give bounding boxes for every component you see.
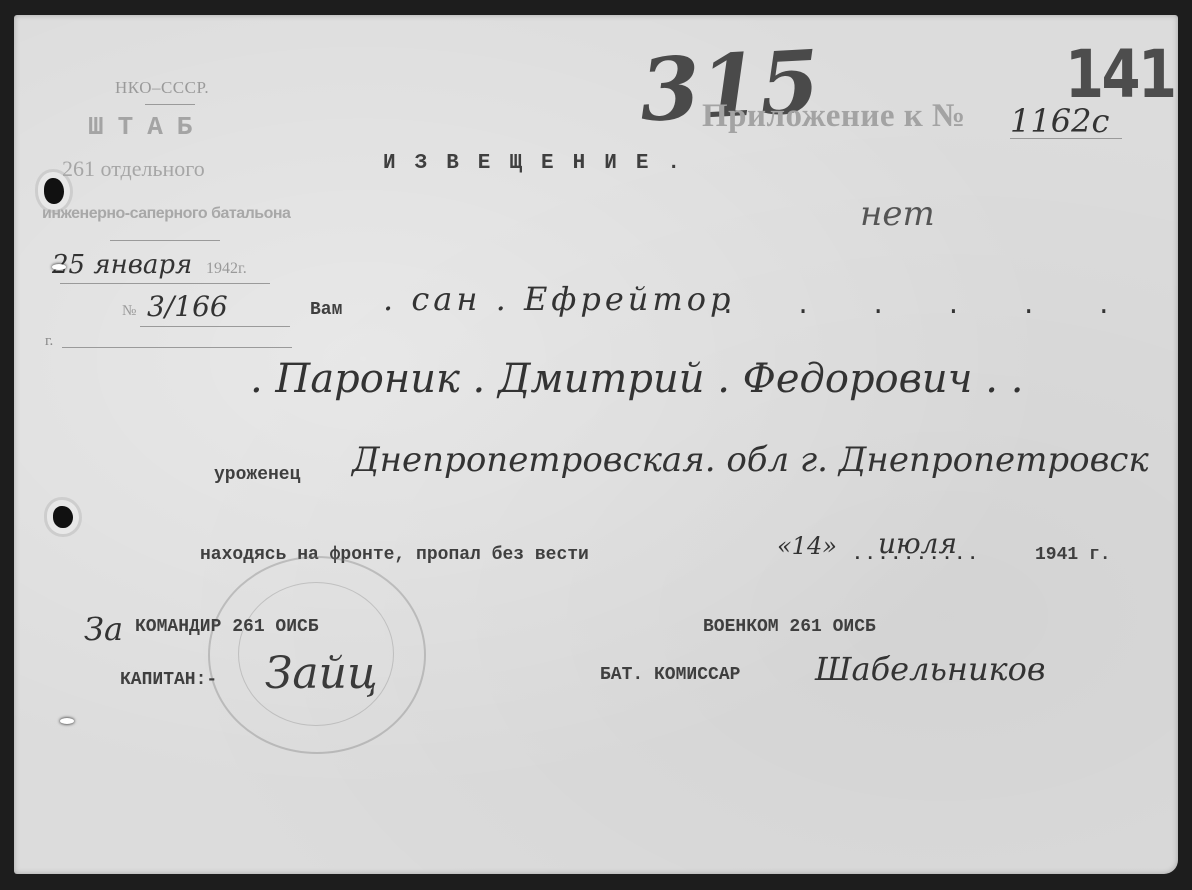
unit-line-2: инженерно-саперного батальона <box>42 205 290 223</box>
issue-date: 25 января <box>52 250 192 280</box>
appendix-label: Приложение к № <box>702 98 966 135</box>
outgoing-number: 3/166 <box>147 290 228 323</box>
missing-statement: находясь на фронте, пропал без вести <box>200 545 589 565</box>
org-header: НКО–СССР. <box>115 78 209 98</box>
number-underline <box>140 326 290 327</box>
commander-prefix: За <box>84 610 123 648</box>
paper-nick <box>52 264 66 270</box>
unit-line-1: 261 отдельного <box>62 156 205 182</box>
handwritten-note: нет <box>860 194 935 234</box>
commissar-rank: БАТ. КОМИССАР <box>600 665 740 685</box>
document-title: ИЗВЕЩЕНИЕ. <box>383 152 699 175</box>
commissar-title: ВОЕНКОМ 261 ОИСБ <box>703 617 876 637</box>
commander-rank: КАПИТАН:- <box>120 670 217 690</box>
commander-title: КОМАНДИР 261 ОИСБ <box>135 617 319 637</box>
commissar-signature: Шабельников <box>815 650 1046 688</box>
addressee-label: Вам <box>310 300 342 320</box>
date-underline <box>60 283 270 284</box>
issue-year: 1942г. <box>206 260 247 278</box>
city-underline <box>62 347 292 348</box>
paper-nick <box>60 718 74 724</box>
soldier-fullname: . Пароник . Дмитрий . Федорович . . <box>250 356 1023 402</box>
shtab-header: ШТАБ <box>88 112 206 142</box>
birthplace-value: Днепропетровская. обл г. Днепропетровск <box>352 440 1149 480</box>
city-label: г. <box>45 333 53 350</box>
binding-hole-middle <box>53 506 73 528</box>
fill-dots: . . . . . . <box>720 291 1134 321</box>
unit-underline <box>110 240 220 241</box>
missing-year: 1941 г. <box>1035 545 1111 565</box>
missing-day: «14» <box>777 532 837 560</box>
appendix-underline <box>1010 138 1122 139</box>
number-label: № <box>122 303 136 320</box>
missing-month: июля <box>878 527 957 560</box>
soldier-rank: . сан . Ефрейтор <box>383 280 734 318</box>
birthplace-label: уроженец <box>214 465 300 485</box>
binding-hole-top <box>44 178 64 204</box>
commander-signature: Зайц <box>265 648 378 699</box>
header-divider <box>145 104 195 105</box>
appendix-number: 1162с <box>1010 102 1109 140</box>
